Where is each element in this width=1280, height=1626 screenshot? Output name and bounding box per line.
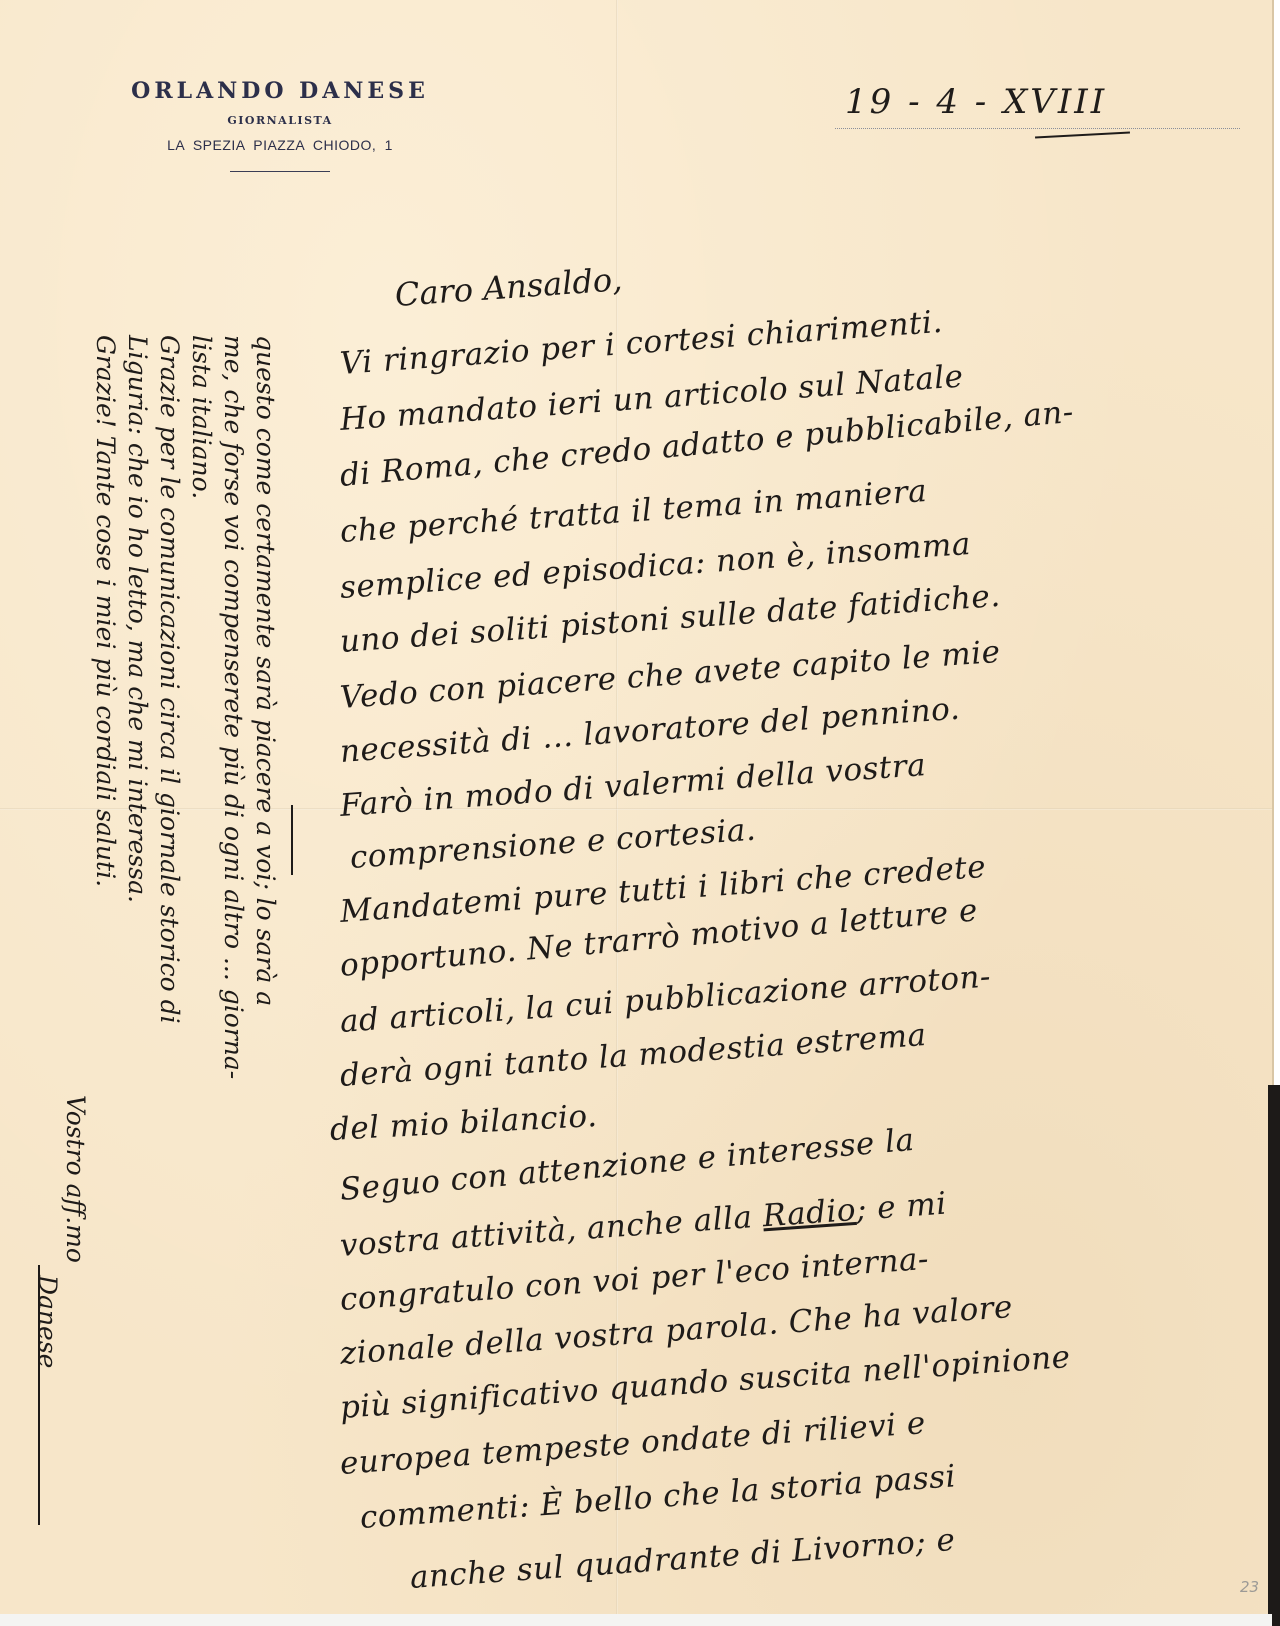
- margin-line: Grazie per le comunicazioni circa il gio…: [155, 335, 184, 1024]
- margin-line: Vostro aff.mo: [61, 1095, 90, 1263]
- scan-bottom-margin: [0, 1614, 1272, 1626]
- margin-rule-bottom: [38, 1265, 40, 1525]
- margin-line: questo come certamente sarà piacere a vo…: [251, 335, 280, 1006]
- letterhead-rule: [230, 171, 330, 172]
- scan-edge-shadow: [1268, 1085, 1280, 1626]
- letterhead-name: ORLANDO DANESE: [90, 78, 470, 104]
- date-dotted-rule: [835, 128, 1240, 129]
- margin-note: questo come certamente sarà piacere a vo…: [40, 335, 290, 1595]
- salutation: Caro Ansaldo,: [394, 260, 624, 314]
- body-line: comprensione e cortesia.: [349, 812, 758, 876]
- body-line: del mio bilancio.: [329, 1098, 598, 1148]
- margin-line: me, che forse voi compenserete più di og…: [219, 335, 248, 1079]
- letter-sheet: ORLANDO DANESE GIORNALISTA LA SPEZIA PIA…: [0, 0, 1274, 1614]
- letterhead-address: LA SPEZIA PIAZZA CHIODO, 1: [90, 137, 470, 153]
- margin-line: Grazie! Tante cose i miei più cordiali s…: [91, 335, 120, 887]
- body-line: anche sul quadrante di Livorno; e: [409, 1522, 957, 1596]
- margin-rule-top: [291, 805, 293, 875]
- letter-date: 19 - 4 - XVIII: [845, 82, 1107, 122]
- date-underline: [1035, 132, 1130, 139]
- letterhead: ORLANDO DANESE GIORNALISTA LA SPEZIA PIA…: [90, 78, 470, 172]
- body-line-text: vostra attività, anche alla: [339, 1199, 754, 1264]
- margin-line: Liguria: che io ho letto, ma che mi inte…: [123, 335, 152, 903]
- letterhead-role: GIORNALISTA: [90, 114, 470, 127]
- page-number: 23: [1240, 1578, 1259, 1596]
- date-line: 19 - 4 - XVIII: [845, 90, 1240, 130]
- margin-line: lista italiano.: [187, 335, 216, 499]
- radio-underlined-word: Radio: [761, 1192, 857, 1234]
- body-line-suffix: ; e mi: [855, 1186, 948, 1228]
